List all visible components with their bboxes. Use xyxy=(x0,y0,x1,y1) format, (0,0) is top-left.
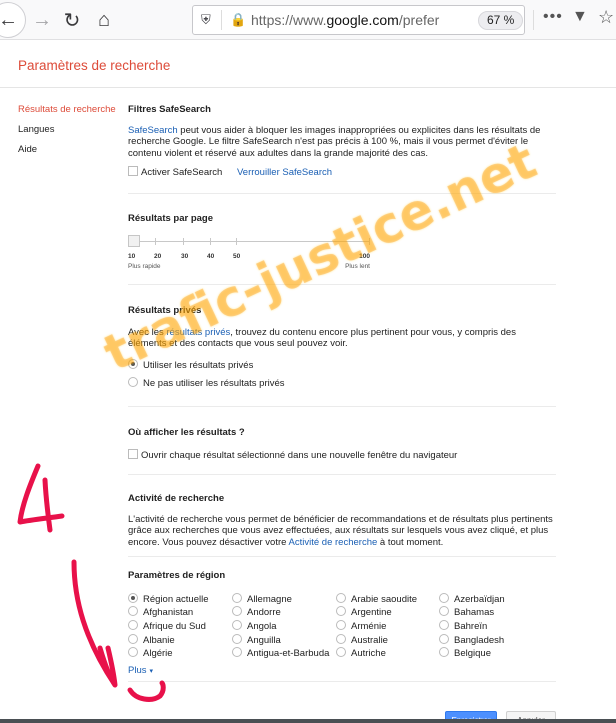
radio-button[interactable] xyxy=(439,606,449,616)
divider xyxy=(221,10,222,30)
page-title: Paramètres de recherche xyxy=(18,58,170,73)
slider-tick xyxy=(210,238,211,245)
slider-track xyxy=(134,241,370,242)
radio-button[interactable] xyxy=(439,634,449,644)
region-option[interactable]: Australie xyxy=(336,634,439,646)
region-option[interactable]: Bahreïn xyxy=(439,620,539,632)
region-label[interactable]: Autriche xyxy=(351,648,386,659)
radio-button[interactable] xyxy=(128,634,138,644)
region-label[interactable]: Allemagne xyxy=(247,594,292,605)
radio-label[interactable]: Utiliser les résultats privés xyxy=(143,360,253,371)
browser-toolbar: ← → ↻ ⌂ ⛨ 🔒 https://www.google.com/prefe… xyxy=(0,0,616,40)
radio-button[interactable] xyxy=(128,593,138,603)
region-option[interactable]: Belgique xyxy=(439,647,539,659)
region-label[interactable]: Algérie xyxy=(143,648,173,659)
region-label[interactable]: Arabie saoudite xyxy=(351,594,417,605)
sidebar-item-search-results[interactable]: Résultats de recherche xyxy=(18,104,116,124)
slower-label: Plus lent xyxy=(345,261,370,273)
region-option[interactable]: Région actuelle xyxy=(128,593,232,605)
section-heading: Paramètres de région xyxy=(128,570,556,582)
tracking-shield-icon[interactable]: ⛨ xyxy=(201,12,214,28)
region-label[interactable]: Azerbaïdjan xyxy=(454,594,505,605)
region-radio-grid: Région actuelleAllemagneArabie saouditeA… xyxy=(128,593,556,659)
more-label[interactable]: Plus xyxy=(128,665,146,676)
region-option[interactable]: Azerbaïdjan xyxy=(439,593,539,605)
region-label[interactable]: Anguilla xyxy=(247,635,281,646)
radio-no-private[interactable]: Ne pas utiliser les résultats privés xyxy=(128,377,556,390)
annotation-arrow xyxy=(74,562,115,685)
section-heading: Où afficher les résultats ? xyxy=(128,427,556,439)
slider-tick xyxy=(183,238,184,245)
region-option[interactable]: Andorre xyxy=(232,606,336,618)
more-icon[interactable]: ••• xyxy=(543,8,563,26)
radio-button[interactable] xyxy=(439,593,449,603)
slider-tick xyxy=(155,238,156,245)
radio-button[interactable] xyxy=(128,377,138,387)
safesearch-link[interactable]: SafeSearch xyxy=(128,125,178,136)
reload-button[interactable]: ↻ xyxy=(58,6,86,34)
region-label[interactable]: Afghanistan xyxy=(143,607,193,618)
more-regions-link[interactable]: Plus▾ xyxy=(128,665,556,678)
checkbox-box[interactable] xyxy=(128,449,138,459)
region-label[interactable]: Antigua-et-Barbuda xyxy=(247,648,329,659)
slider-handle[interactable] xyxy=(128,235,140,247)
safesearch-controls: Activer SafeSearch Verrouiller SafeSearc… xyxy=(128,166,556,179)
region-option[interactable]: Antigua-et-Barbuda xyxy=(232,647,336,659)
sidebar-item-languages[interactable]: Langues xyxy=(18,124,116,144)
region-option[interactable]: Bangladesh xyxy=(439,634,539,646)
lock-safesearch-link[interactable]: Verrouiller SafeSearch xyxy=(237,167,332,178)
region-label[interactable]: Région actuelle xyxy=(143,594,209,605)
checkbox-label[interactable]: Activer SafeSearch xyxy=(141,167,222,178)
section-heading: Résultats par page xyxy=(128,213,556,225)
radio-use-private[interactable]: Utiliser les résultats privés xyxy=(128,359,556,372)
region-label[interactable]: Bahamas xyxy=(454,607,494,618)
region-option[interactable]: Arménie xyxy=(336,620,439,632)
search-activity-section: Activité de recherche L'activité de rech… xyxy=(128,475,556,557)
private-results-section: Résultats privés Avec les résultats priv… xyxy=(128,285,556,407)
radio-button-selected[interactable] xyxy=(128,359,138,369)
annotation-underline xyxy=(130,683,163,699)
forward-button[interactable]: → xyxy=(28,6,56,34)
region-option[interactable]: Algérie xyxy=(128,647,232,659)
safesearch-checkbox[interactable]: Activer SafeSearch xyxy=(128,167,222,178)
radio-button[interactable] xyxy=(232,620,242,630)
region-label[interactable]: Bangladesh xyxy=(454,635,504,646)
region-option[interactable]: Angola xyxy=(232,620,336,632)
slider-tick xyxy=(369,238,370,245)
url-bar[interactable]: ⛨ 🔒 https://www.google.com/prefer 67 % xyxy=(192,5,525,35)
section-heading: Activité de recherche xyxy=(128,493,556,505)
region-option[interactable]: Anguilla xyxy=(232,634,336,646)
window-bottom-edge xyxy=(0,719,616,723)
page-header: Paramètres de recherche xyxy=(0,46,616,88)
checkbox-box[interactable] xyxy=(128,166,138,176)
region-label[interactable]: Australie xyxy=(351,635,388,646)
region-label[interactable]: Bahreïn xyxy=(454,621,487,632)
slider-tick-labels: 10 20 30 40 50 100 xyxy=(128,251,370,261)
slider-end-labels: Plus rapide Plus lent xyxy=(128,261,370,271)
region-option[interactable]: Argentine xyxy=(336,606,439,618)
radio-button[interactable] xyxy=(232,606,242,616)
region-option[interactable]: Albanie xyxy=(128,634,232,646)
region-label[interactable]: Angola xyxy=(247,621,277,632)
radio-button[interactable] xyxy=(232,647,242,657)
pocket-icon[interactable]: ▼ xyxy=(572,8,588,26)
text: à tout moment. xyxy=(377,537,443,548)
region-option[interactable]: Bahamas xyxy=(439,606,539,618)
region-option[interactable]: Arabie saoudite xyxy=(336,593,439,605)
caret-down-icon[interactable]: ▾ xyxy=(149,668,153,675)
section-heading: Filtres SafeSearch xyxy=(128,104,556,116)
region-label[interactable]: Argentine xyxy=(351,607,392,618)
radio-button[interactable] xyxy=(336,634,346,644)
reload-icon: ↻ xyxy=(64,8,81,33)
safesearch-text: peut vous aider à bloquer les images ina… xyxy=(128,125,540,159)
region-section: Paramètres de région Région actuelleAlle… xyxy=(128,557,556,682)
search-activity-link[interactable]: Activité de recherche xyxy=(289,537,378,548)
sidebar: Résultats de recherche Langues Aide xyxy=(18,104,116,164)
activity-description: L'activité de recherche vous permet de b… xyxy=(128,514,556,549)
home-button[interactable]: ⌂ xyxy=(90,6,118,34)
back-button[interactable]: ← xyxy=(0,2,26,38)
results-per-page-section: Résultats par page 10 20 30 40 50 100 Pl… xyxy=(128,194,556,285)
region-label[interactable]: Albanie xyxy=(143,635,175,646)
where-results-section: Où afficher les résultats ? Ouvrir chaqu… xyxy=(128,407,556,475)
private-results-link[interactable]: résultats privés xyxy=(166,327,230,338)
forward-arrow-icon: → xyxy=(32,9,52,32)
url-path: /prefer xyxy=(399,12,439,28)
radio-button[interactable] xyxy=(439,620,449,630)
lock-icon[interactable]: 🔒 xyxy=(230,12,246,28)
section-heading: Résultats privés xyxy=(128,305,556,317)
radio-button[interactable] xyxy=(232,593,242,603)
back-arrow-icon: ← xyxy=(0,9,18,32)
faster-label: Plus rapide xyxy=(128,261,161,273)
radio-button[interactable] xyxy=(128,647,138,657)
annotation-number-4 xyxy=(20,466,62,530)
region-option[interactable]: Afghanistan xyxy=(128,606,232,618)
region-label[interactable]: Afrique du Sud xyxy=(143,621,206,632)
slider-tick xyxy=(236,238,237,245)
region-label[interactable]: Belgique xyxy=(454,648,491,659)
home-icon: ⌂ xyxy=(98,9,110,32)
private-results-description: Avec les résultats privés, trouvez du co… xyxy=(128,327,556,350)
checkbox-label[interactable]: Ouvrir chaque résultat sélectionné dans … xyxy=(141,450,457,461)
settings-content: Filtres SafeSearch SafeSearch peut vous … xyxy=(128,104,556,682)
url-text[interactable]: https://www.google.com/prefer xyxy=(251,12,441,28)
radio-button[interactable] xyxy=(336,593,346,603)
region-option[interactable]: Afrique du Sud xyxy=(128,620,232,632)
sidebar-item-help[interactable]: Aide xyxy=(18,144,116,164)
radio-button[interactable] xyxy=(128,606,138,616)
url-host: google.com xyxy=(326,12,398,28)
radio-button[interactable] xyxy=(336,647,346,657)
zoom-level-badge[interactable]: 67 % xyxy=(478,11,523,30)
radio-button[interactable] xyxy=(232,634,242,644)
radio-button[interactable] xyxy=(336,620,346,630)
divider xyxy=(533,10,534,30)
safesearch-description: SafeSearch peut vous aider à bloquer les… xyxy=(128,125,556,160)
region-option[interactable]: Autriche xyxy=(336,647,439,659)
radio-label[interactable]: Ne pas utiliser les résultats privés xyxy=(143,378,285,389)
radio-button[interactable] xyxy=(439,647,449,657)
region-label[interactable]: Andorre xyxy=(247,607,281,618)
bookmark-star-icon[interactable]: ☆ xyxy=(598,7,614,28)
safesearch-section: Filtres SafeSearch SafeSearch peut vous … xyxy=(128,104,556,194)
text: Avec les xyxy=(128,327,166,338)
region-option[interactable]: Allemagne xyxy=(232,593,336,605)
radio-button[interactable] xyxy=(336,606,346,616)
url-prefix: https://www. xyxy=(251,12,326,28)
region-label[interactable]: Arménie xyxy=(351,621,386,632)
radio-button[interactable] xyxy=(128,620,138,630)
results-per-page-slider[interactable] xyxy=(128,235,370,249)
new-window-checkbox[interactable]: Ouvrir chaque résultat sélectionné dans … xyxy=(128,449,556,462)
